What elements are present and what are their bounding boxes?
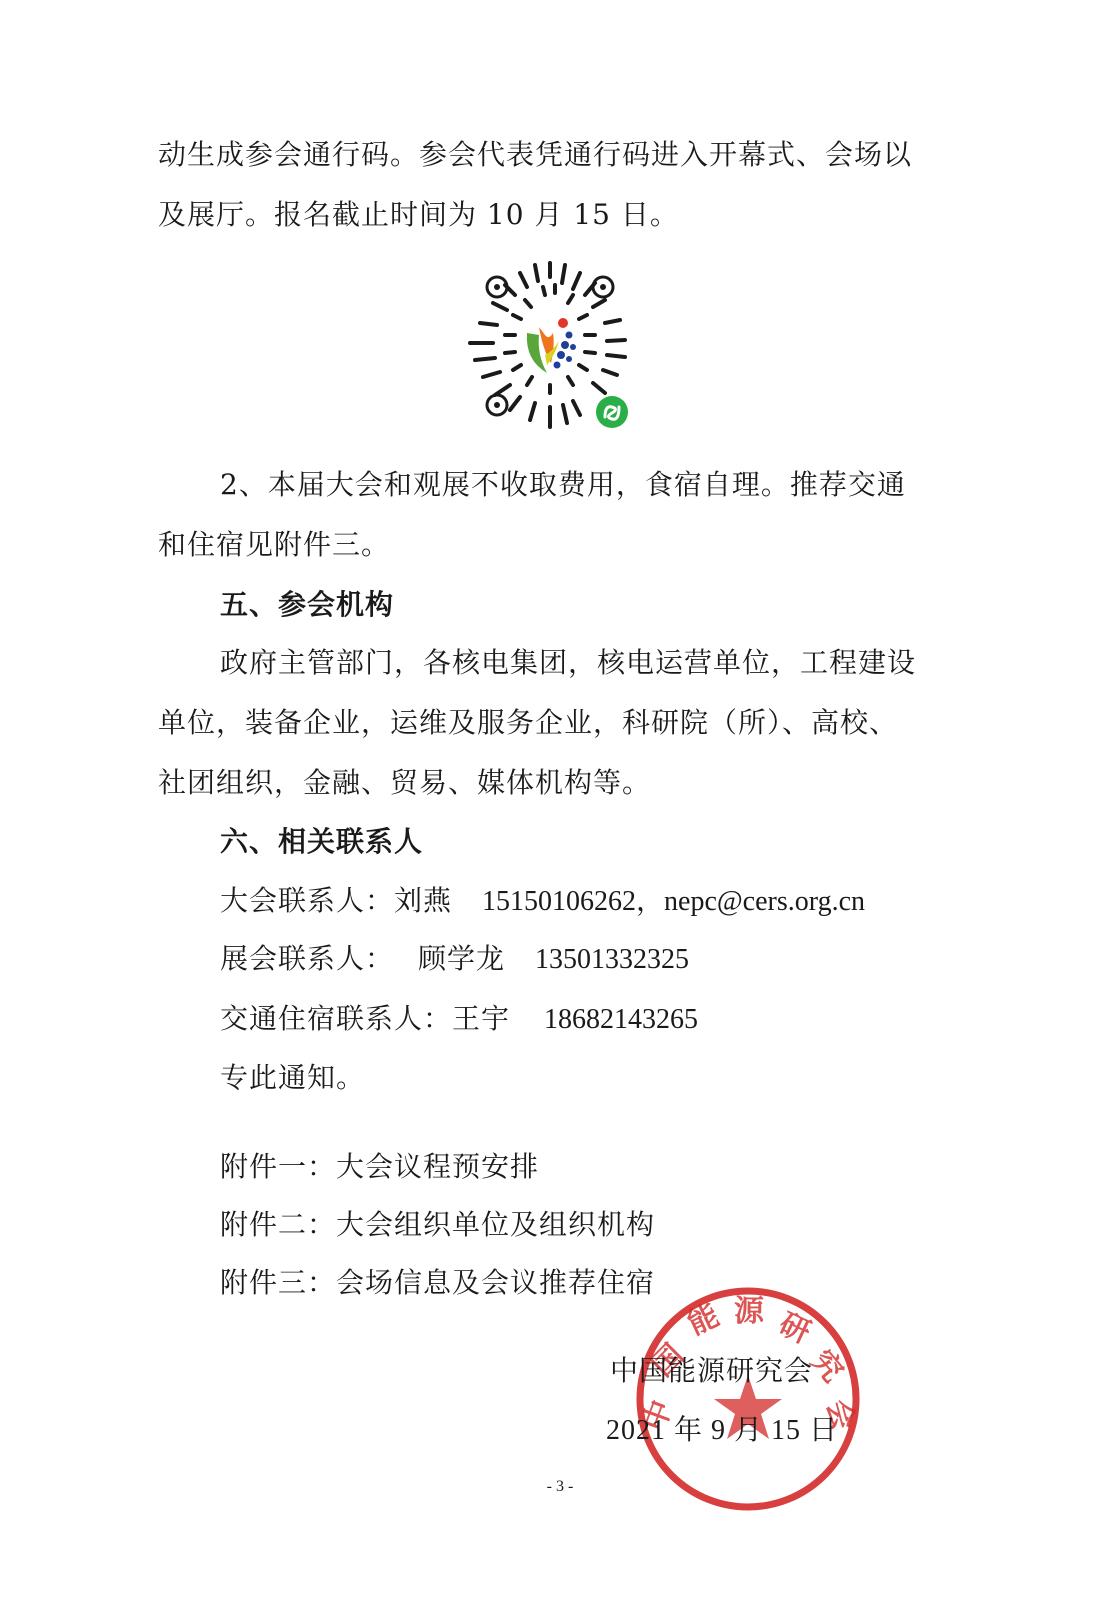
attachment-item: 附件二：大会组织单位及组织机构 [220,1208,655,1242]
signature-date: 2021 年 9 月 15 日 [606,1414,838,1448]
contact-row: 大会联系人：刘燕15150106262，nepc@cers.org.cn [220,884,865,919]
contact-role: 展会联系人： [220,942,394,975]
attachment-item: 附件三：会场信息及会议推荐住宿 [220,1266,655,1300]
contact-phone: 18682143265 [544,1004,698,1035]
paragraph-line: 单位，装备企业，运维及服务企业，科研院（所）、高校、 [158,706,898,740]
mini-program-qr-code [455,255,645,440]
section-heading: 六、相关联系人 [220,825,423,859]
closing-line: 专此通知。 [220,1061,365,1095]
contact-row: 交通住宿联系人：王宇18682143265 [220,1002,698,1037]
contact-role: 交通住宿联系人： [220,1002,452,1035]
paragraph-line: 政府主管部门，各核电集团，核电运营单位，工程建设 [220,646,916,680]
qr-center-logo [518,313,582,377]
contact-name: 顾学龙 [418,942,505,975]
attachment-item: 附件一：大会议程预安排 [220,1150,539,1184]
contact-row: 展会联系人：顾学龙13501332325 [220,942,689,977]
paragraph-line: 及展厅。报名截止时间为 10 月 15 日。 [158,198,679,232]
contact-name: 刘燕 [394,884,452,917]
section-heading: 五、参会机构 [220,588,394,622]
paragraph-line: 和住宿见附件三。 [158,528,390,562]
paragraph-line: 2、本届大会和观展不收取费用，食宿自理。推荐交通 [220,468,906,502]
paragraph-line: 社团组织，金融、贸易、媒体机构等。 [158,766,651,800]
wechat-mini-program-icon [596,396,628,428]
contact-phone: 13501332325 [535,944,689,975]
page-number: - 3 - [0,1478,1120,1496]
contact-role: 大会联系人： [220,884,394,917]
paragraph-line: 动生成参会通行码。参会代表凭通行码进入开幕式、会场以 [158,138,912,172]
svg-text:源: 源 [734,1294,765,1329]
contact-phone: 15150106262，nepc@cers.org.cn [482,886,865,917]
contact-name: 王宇 [452,1002,510,1035]
signature-org: 中国能源研究会 [610,1354,813,1388]
